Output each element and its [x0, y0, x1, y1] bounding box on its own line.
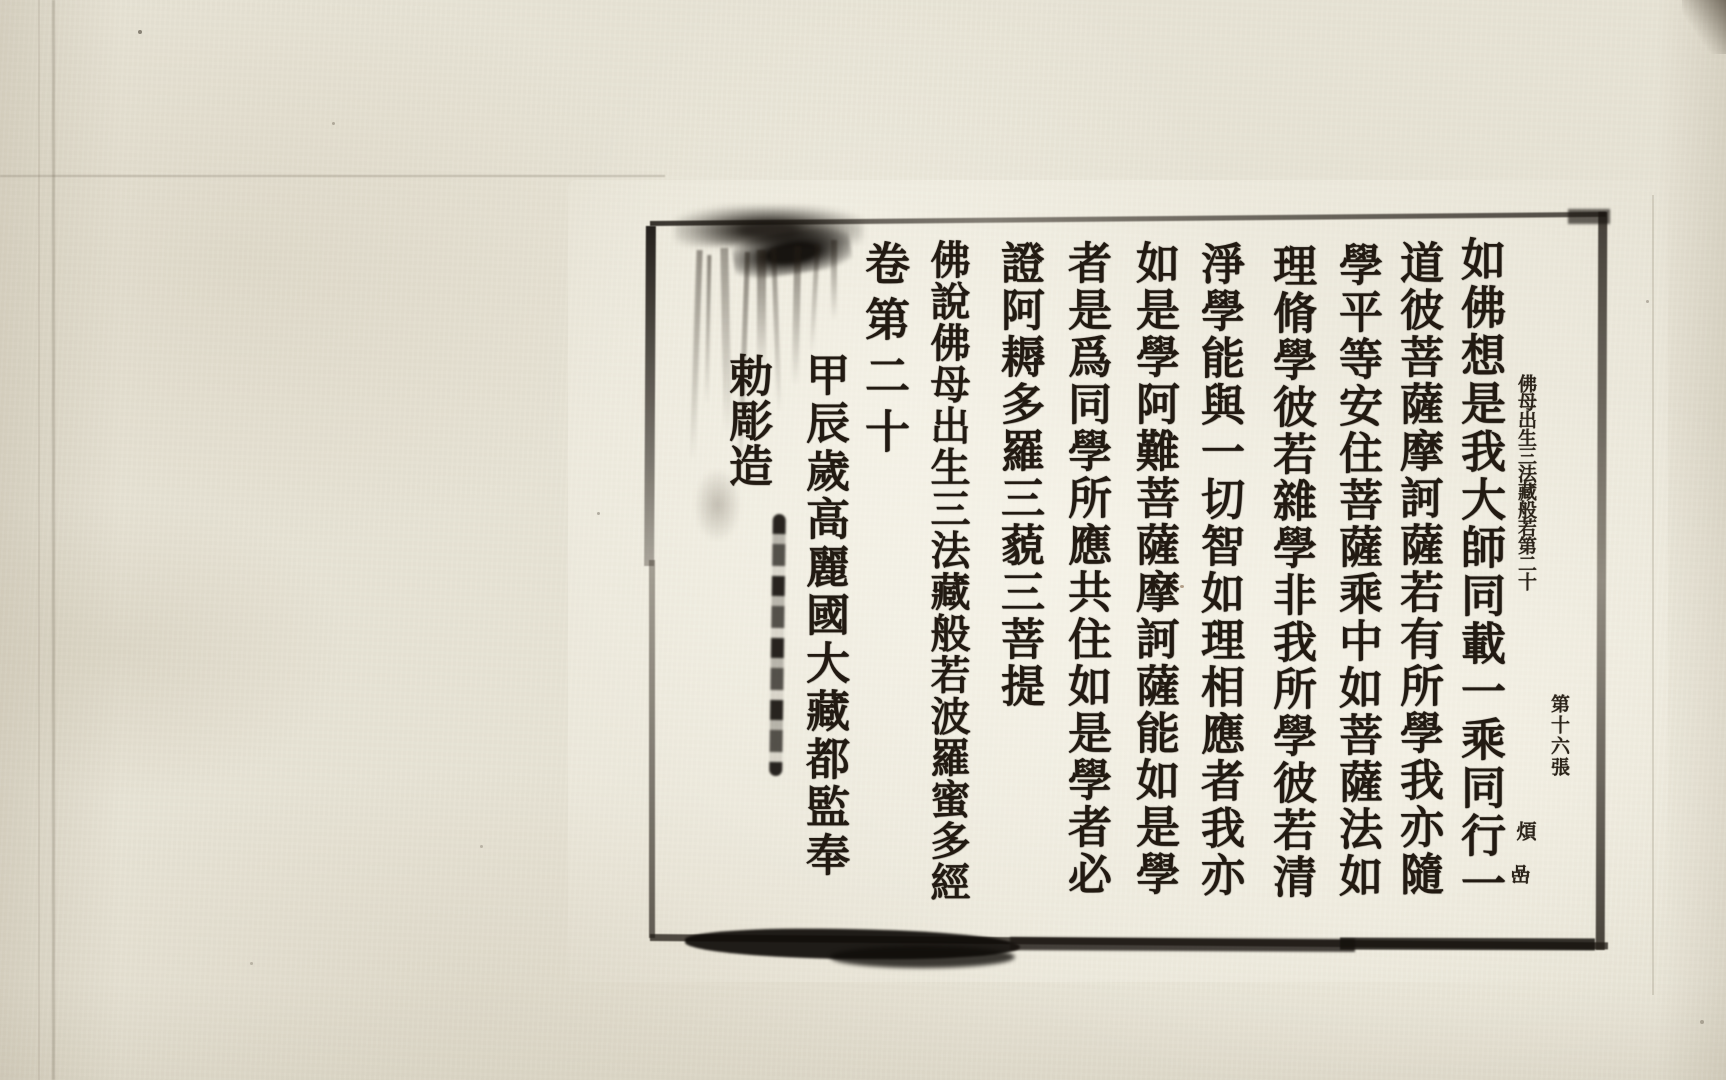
ink-drip	[689, 250, 702, 460]
bottom-ink-blotch	[830, 946, 1015, 968]
right-sheet-edge-line	[1652, 195, 1654, 995]
ink-drip	[809, 244, 820, 354]
binding-crease-line	[52, 0, 55, 1080]
dust-speck	[1700, 1020, 1704, 1024]
margin-case-mark: 煩	[1511, 821, 1540, 841]
ink-drip	[705, 255, 712, 405]
frame-right-border	[1596, 212, 1608, 950]
text-column-4: 理脩學彼若雜學非我所學彼若清	[1258, 243, 1322, 901]
frame-left-border-lower	[649, 560, 655, 938]
margin-sheet-number: 第十六張	[1546, 694, 1573, 778]
dust-speck	[597, 512, 600, 515]
frame-corner-nick	[1568, 209, 1610, 224]
margin-title: 佛母出生三法藏般若第二十	[1513, 374, 1540, 590]
ink-streak-dashed	[769, 514, 786, 776]
ink-drip	[831, 240, 837, 320]
text-column-6: 如是學阿難菩薩摩訶薩能如是學	[1121, 240, 1185, 898]
bottom-ink-blotch	[685, 927, 1020, 961]
text-column-7: 者是爲同學所應共住如是學者必	[1053, 240, 1117, 898]
frame-bottom-border	[650, 934, 1608, 949]
margin-engraver-mark: 嵒	[1505, 864, 1534, 884]
sheet-top-edge-line	[0, 175, 665, 177]
dust-speck	[138, 30, 142, 34]
dust-speck	[1646, 300, 1649, 303]
colophon-date-column: 甲辰歲高麗國大藏都監奉	[791, 352, 855, 880]
sutra-scan-page: { "page": { "main_columns": [ "如佛想是我大師同載…	[0, 0, 1726, 1080]
ink-drip	[757, 250, 766, 370]
frame-top-border	[650, 212, 1606, 226]
colophon-edict-column: 勅彫造	[714, 353, 778, 488]
top-ink-smear	[675, 206, 863, 246]
bottom-ink-band	[1010, 937, 1355, 952]
frame-left-border	[644, 226, 656, 566]
text-column-1: 如佛想是我大師同載一乘同行一	[1447, 236, 1512, 908]
bottom-ink-band	[1340, 938, 1595, 951]
text-column-3: 學平等安住菩薩乘中如菩薩法如	[1324, 242, 1388, 900]
text-column-8: 證阿耨多羅三藐三菩提	[986, 240, 1050, 710]
volume-number-column: 卷第二十	[851, 240, 916, 464]
text-column-2: 道彼菩薩摩訶薩若有所學我亦隨	[1385, 240, 1449, 898]
end-title-column: 佛說佛母出生三法藏般若波羅蜜多經	[919, 239, 976, 903]
dust-speck	[480, 845, 483, 848]
fold-crease-line	[38, 0, 40, 1080]
text-column-5: 淨學能與一切智如理相應者我亦	[1186, 241, 1250, 899]
scan-corner-shadow	[1682, 0, 1726, 54]
dust-speck	[332, 122, 335, 125]
dust-speck	[250, 962, 253, 965]
ink-blob	[731, 224, 854, 282]
